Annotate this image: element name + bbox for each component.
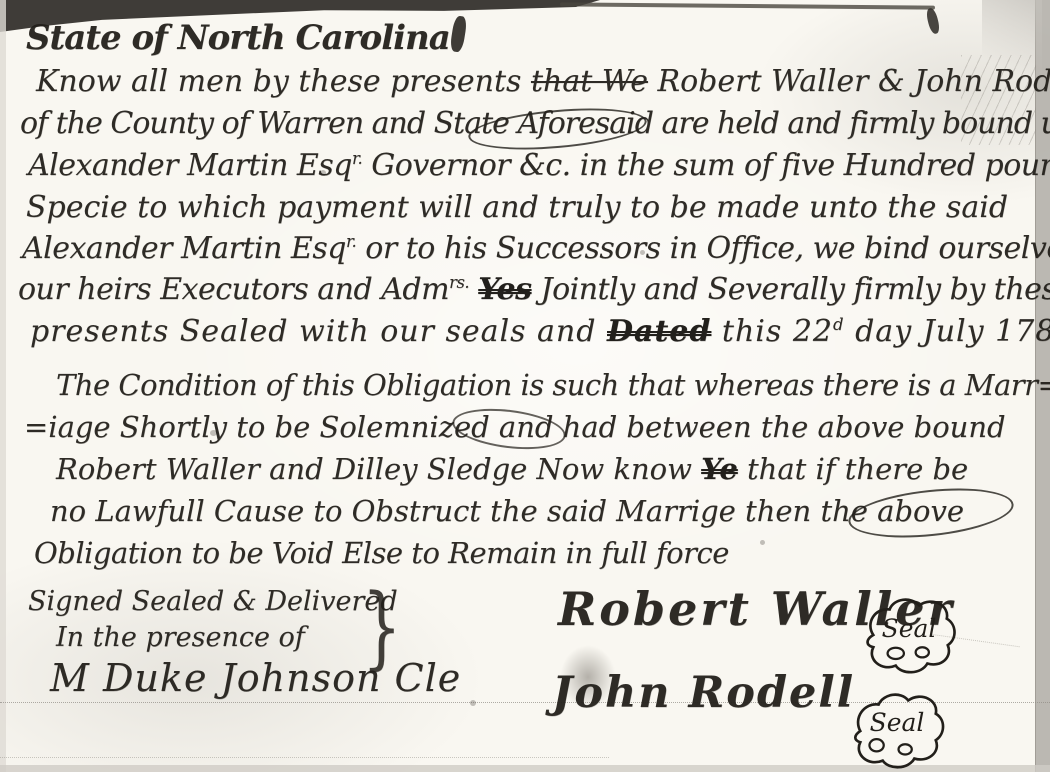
witness-signature: M Duke Johnson Cle (50, 656, 461, 700)
text-segment: Specie to which payment will and truly t… (26, 190, 1008, 225)
document-line: presents Sealed with our seals and Dated… (30, 314, 1050, 349)
text-segment-scribble: Ye (701, 452, 738, 486)
text-segment: Alexander Martin Esq (22, 231, 346, 266)
signature-john-rodell: John Rodell (552, 668, 855, 718)
seal-label: Seal (858, 614, 960, 643)
text-segment: or to his Successors in Office, we bind … (356, 231, 1050, 266)
text-segment: this 22 (711, 314, 833, 349)
paper-speck (470, 700, 476, 706)
scan-left-edge (0, 0, 6, 772)
document-line: Know all men by these presents that We R… (36, 64, 1050, 99)
text-segment-strike: that We (531, 64, 648, 99)
text-segment-sup: r. (352, 149, 362, 168)
text-segment: of the County of Warren and State Afores… (20, 106, 1050, 141)
scanned-document-page: State of North Carolina Know all men by … (0, 0, 1050, 772)
document-line: no Lawfull Cause to Obstruct the said Ma… (50, 494, 964, 528)
ink-blot (925, 7, 941, 35)
text-segment-scribble: Yes (478, 272, 531, 307)
text-segment: Governor &c. in the sum of five Hundred … (362, 148, 1050, 183)
top-edge-line-artifact (560, 2, 935, 9)
document-line: our heirs Executors and Admrs. Yes Joint… (18, 272, 1050, 307)
document-line: of the County of Warren and State Afores… (20, 106, 1050, 141)
text-segment: presents Sealed with our seals and (30, 314, 607, 349)
paper-speck (760, 540, 765, 545)
document-line: Alexander Martin Esqr. or to his Success… (22, 231, 1050, 266)
text-segment: day July 1783 (845, 314, 1050, 349)
text-segment: Jointly and Severally firmly by these (532, 272, 1050, 307)
attestation-signed-line: Signed Sealed & Delivered (28, 586, 398, 617)
fold-line (0, 757, 609, 758)
text-segment: Robert Waller & John Rodwille (648, 64, 1050, 99)
document-line: Alexander Martin Esqr. Governor &c. in t… (28, 148, 1050, 183)
text-segment: that if there be (738, 452, 968, 486)
document-line: =iage Shortly to be Solemnized and had b… (24, 410, 1006, 444)
text-segment-scribble: Dated (607, 314, 711, 349)
text-segment: no Lawfull Cause to Obstruct the said Ma… (50, 494, 964, 528)
seal-mark: Seal (846, 686, 948, 772)
text-segment: The Condition of this Obligation is such… (56, 368, 1050, 402)
text-segment-sup: d (833, 315, 845, 334)
ink-blot (449, 15, 467, 53)
attestation-presence-line: In the presence of (56, 622, 305, 653)
document-line: Robert Waller and Dilley Sledge Now know… (56, 452, 968, 486)
text-segment: Robert Waller and Dilley Sledge Now know (56, 452, 701, 486)
document-line: The Condition of this Obligation is such… (56, 368, 1050, 402)
text-segment-sup: r. (346, 232, 356, 251)
document-heading: State of North Carolina (26, 18, 450, 58)
text-segment-sup: rs. (449, 273, 469, 292)
document-line: Obligation to be Void Else to Remain in … (34, 536, 729, 570)
seal-label: Seal (846, 708, 948, 737)
document-line: Specie to which payment will and truly t… (26, 190, 1008, 225)
text-segment: =iage Shortly to be Solemnized and had b… (24, 410, 1006, 444)
text-segment (469, 272, 478, 307)
seal-mark: Seal (858, 592, 960, 680)
text-segment: Obligation to be Void Else to Remain in … (34, 536, 729, 570)
text-segment: Alexander Martin Esq (28, 148, 352, 183)
text-segment: Know all men by these presents (36, 64, 531, 99)
text-segment: our heirs Executors and Adm (18, 272, 449, 307)
